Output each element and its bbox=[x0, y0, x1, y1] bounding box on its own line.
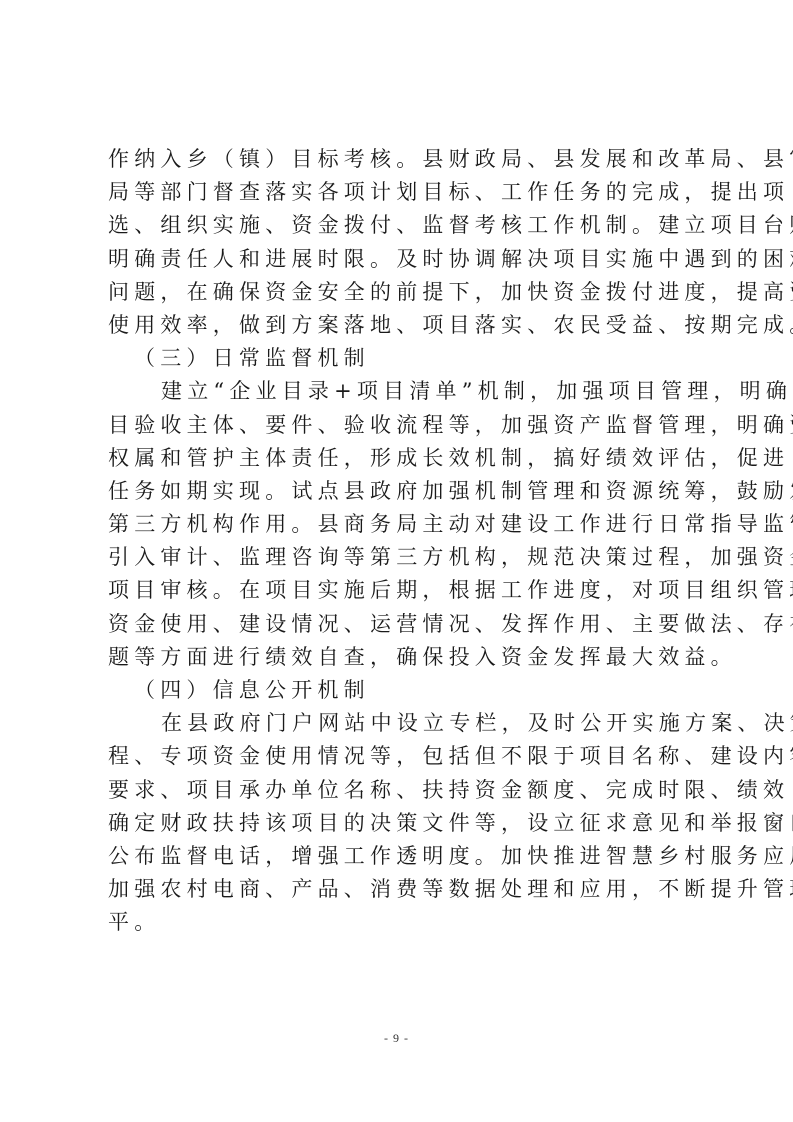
body-line: 问题，在确保资金安全的前提下，加快资金拨付进度，提高资金 bbox=[108, 276, 694, 309]
body-line: 使用效率，做到方案落地、项目落实、农民受益、按期完成。 bbox=[108, 309, 694, 342]
document-body: 作纳入乡（镇）目标考核。县财政局、县发展和改革局、县审计 局等部门督查落实各项计… bbox=[108, 143, 694, 940]
document-page: 作纳入乡（镇）目标考核。县财政局、县发展和改革局、县审计 局等部门督查落实各项计… bbox=[0, 0, 793, 1122]
body-line: 资金使用、建设情况、运营情况、发挥作用、主要做法、存在问 bbox=[108, 608, 694, 641]
paragraph-first-line: 在县政府门户网站中设立专栏，及时公开实施方案、决策过 bbox=[108, 707, 694, 740]
body-line: 题等方面进行绩效自查，确保投入资金发挥最大效益。 bbox=[108, 641, 694, 674]
section-heading-info-disclosure: （四）信息公开机制 bbox=[108, 674, 694, 707]
page-number: - 9 - bbox=[0, 1031, 793, 1046]
body-line: 权属和管护主体责任，形成长效机制，搞好绩效评估，促进目标 bbox=[108, 442, 694, 475]
body-line: 明确责任人和进展时限。及时协调解决项目实施中遇到的困难和 bbox=[108, 243, 694, 276]
body-line: 目验收主体、要件、验收流程等，加强资产监督管理，明确资产 bbox=[108, 409, 694, 442]
body-line: 要求、项目承办单位名称、扶持资金额度、完成时限、绩效目标、 bbox=[108, 774, 694, 807]
body-line: 公布监督电话，增强工作透明度。加快推进智慧乡村服务应用， bbox=[108, 840, 694, 873]
body-line: 任务如期实现。试点县政府加强机制管理和资源统筹，鼓励发挥 bbox=[108, 475, 694, 508]
paragraph-first-line: 建立“企业目录+项目清单”机制，加强项目管理，明确项 bbox=[108, 375, 694, 408]
section-heading-daily-supervision: （三）日常监督机制 bbox=[108, 342, 694, 375]
body-line: 程、专项资金使用情况等，包括但不限于项目名称、建设内容和 bbox=[108, 740, 694, 773]
body-line: 第三方机构作用。县商务局主动对建设工作进行日常指导监管。 bbox=[108, 508, 694, 541]
body-line: 确定财政扶持该项目的决策文件等，设立征求意见和举报窗口， bbox=[108, 807, 694, 840]
body-line: 选、组织实施、资金拨付、监督考核工作机制。建立项目台账， bbox=[108, 209, 694, 242]
body-line: 平。 bbox=[108, 906, 694, 939]
body-line: 加强农村电商、产品、消费等数据处理和应用，不断提升管理水 bbox=[108, 873, 694, 906]
body-line: 作纳入乡（镇）目标考核。县财政局、县发展和改革局、县审计 bbox=[108, 143, 694, 176]
body-line: 引入审计、监理咨询等第三方机构，规范决策过程，加强资金和 bbox=[108, 541, 694, 574]
body-line: 局等部门督查落实各项计划目标、工作任务的完成，提出项目遴 bbox=[108, 176, 694, 209]
body-line: 项目审核。在项目实施后期，根据工作进度，对项目组织管理、 bbox=[108, 574, 694, 607]
